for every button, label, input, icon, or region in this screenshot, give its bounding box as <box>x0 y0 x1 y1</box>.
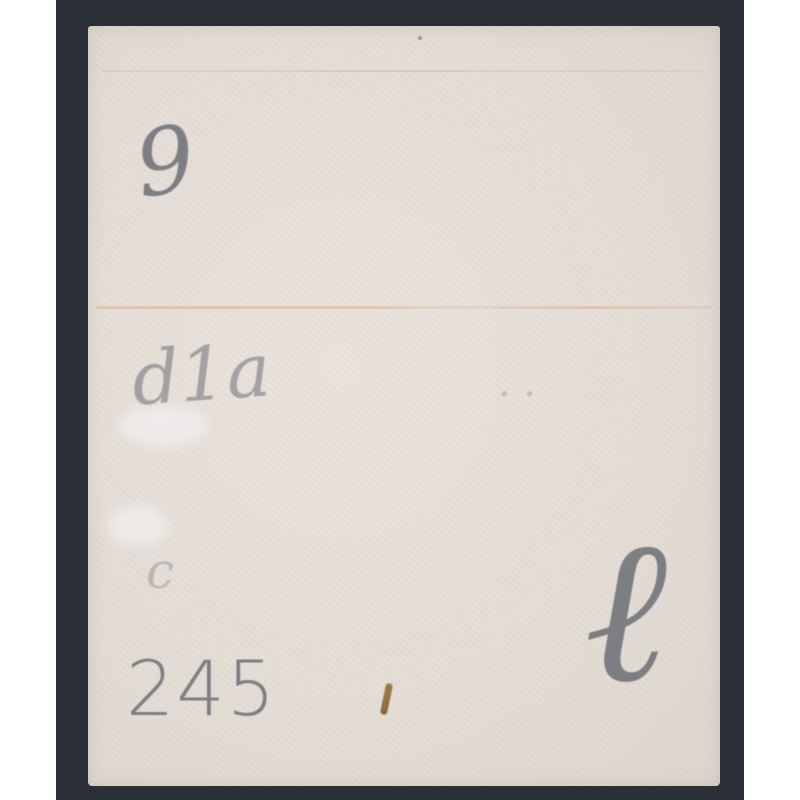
pencil-mark-faint-right: · · <box>498 372 536 418</box>
pencil-expert-signature: ℓ <box>584 512 667 712</box>
thin-spot <box>108 506 168 546</box>
left-margin <box>0 0 56 800</box>
stain-dot <box>418 36 422 40</box>
horizontal-crease <box>96 306 712 309</box>
top-faint-line <box>102 70 702 72</box>
pencil-mark-middle: d1a <box>129 327 273 422</box>
pencil-mark-faint-c: c <box>146 542 174 600</box>
stamp-back: 9 d1a · · c 245 ℓ <box>88 26 720 786</box>
right-margin <box>744 0 800 800</box>
pencil-catalog-number: 245 <box>126 644 277 733</box>
